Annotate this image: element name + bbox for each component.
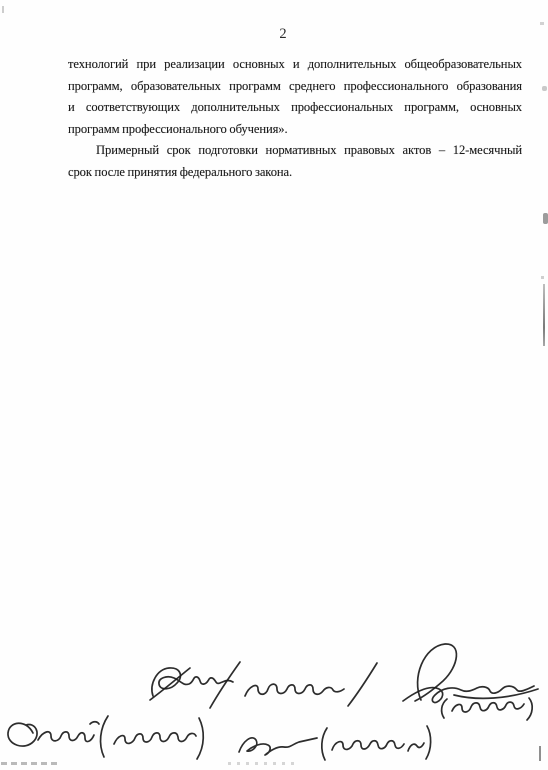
scan-artifact-right-3 xyxy=(543,213,548,224)
scan-artifact-right-4 xyxy=(541,276,544,279)
body-line: срок после принятия федерального закона. xyxy=(68,162,522,184)
body-line: программ, образовательных программ средн… xyxy=(68,76,522,98)
scan-artifact-right-line xyxy=(543,284,545,346)
scan-artifact-bottom-middle-dots xyxy=(228,762,294,765)
scanned-document-page: 2 технологий при реализации основных и д… xyxy=(0,0,548,770)
scan-artifact-bottom-left-dashes xyxy=(1,762,59,765)
scan-artifact-right-1 xyxy=(540,22,544,25)
document-body: технологий при реализации основных и доп… xyxy=(68,54,522,184)
scan-artifact-right-2 xyxy=(542,86,547,91)
signature-umakhanov xyxy=(2,704,208,762)
signature-karasin xyxy=(396,638,542,722)
scan-artifact-right-bottom xyxy=(539,746,541,761)
body-line: технологий при реализации основных и доп… xyxy=(68,54,522,76)
page-number: 2 xyxy=(0,26,548,43)
scan-artifact-top-left xyxy=(2,6,4,13)
signature-gumerova xyxy=(232,716,432,764)
body-line: Примерный срок подготовки нормативных пр… xyxy=(68,140,522,162)
signature-name-slashes xyxy=(207,656,383,712)
body-line: и соответствующих дополнительных професс… xyxy=(68,97,522,119)
body-line: программ профессионального обучения». xyxy=(68,119,522,141)
